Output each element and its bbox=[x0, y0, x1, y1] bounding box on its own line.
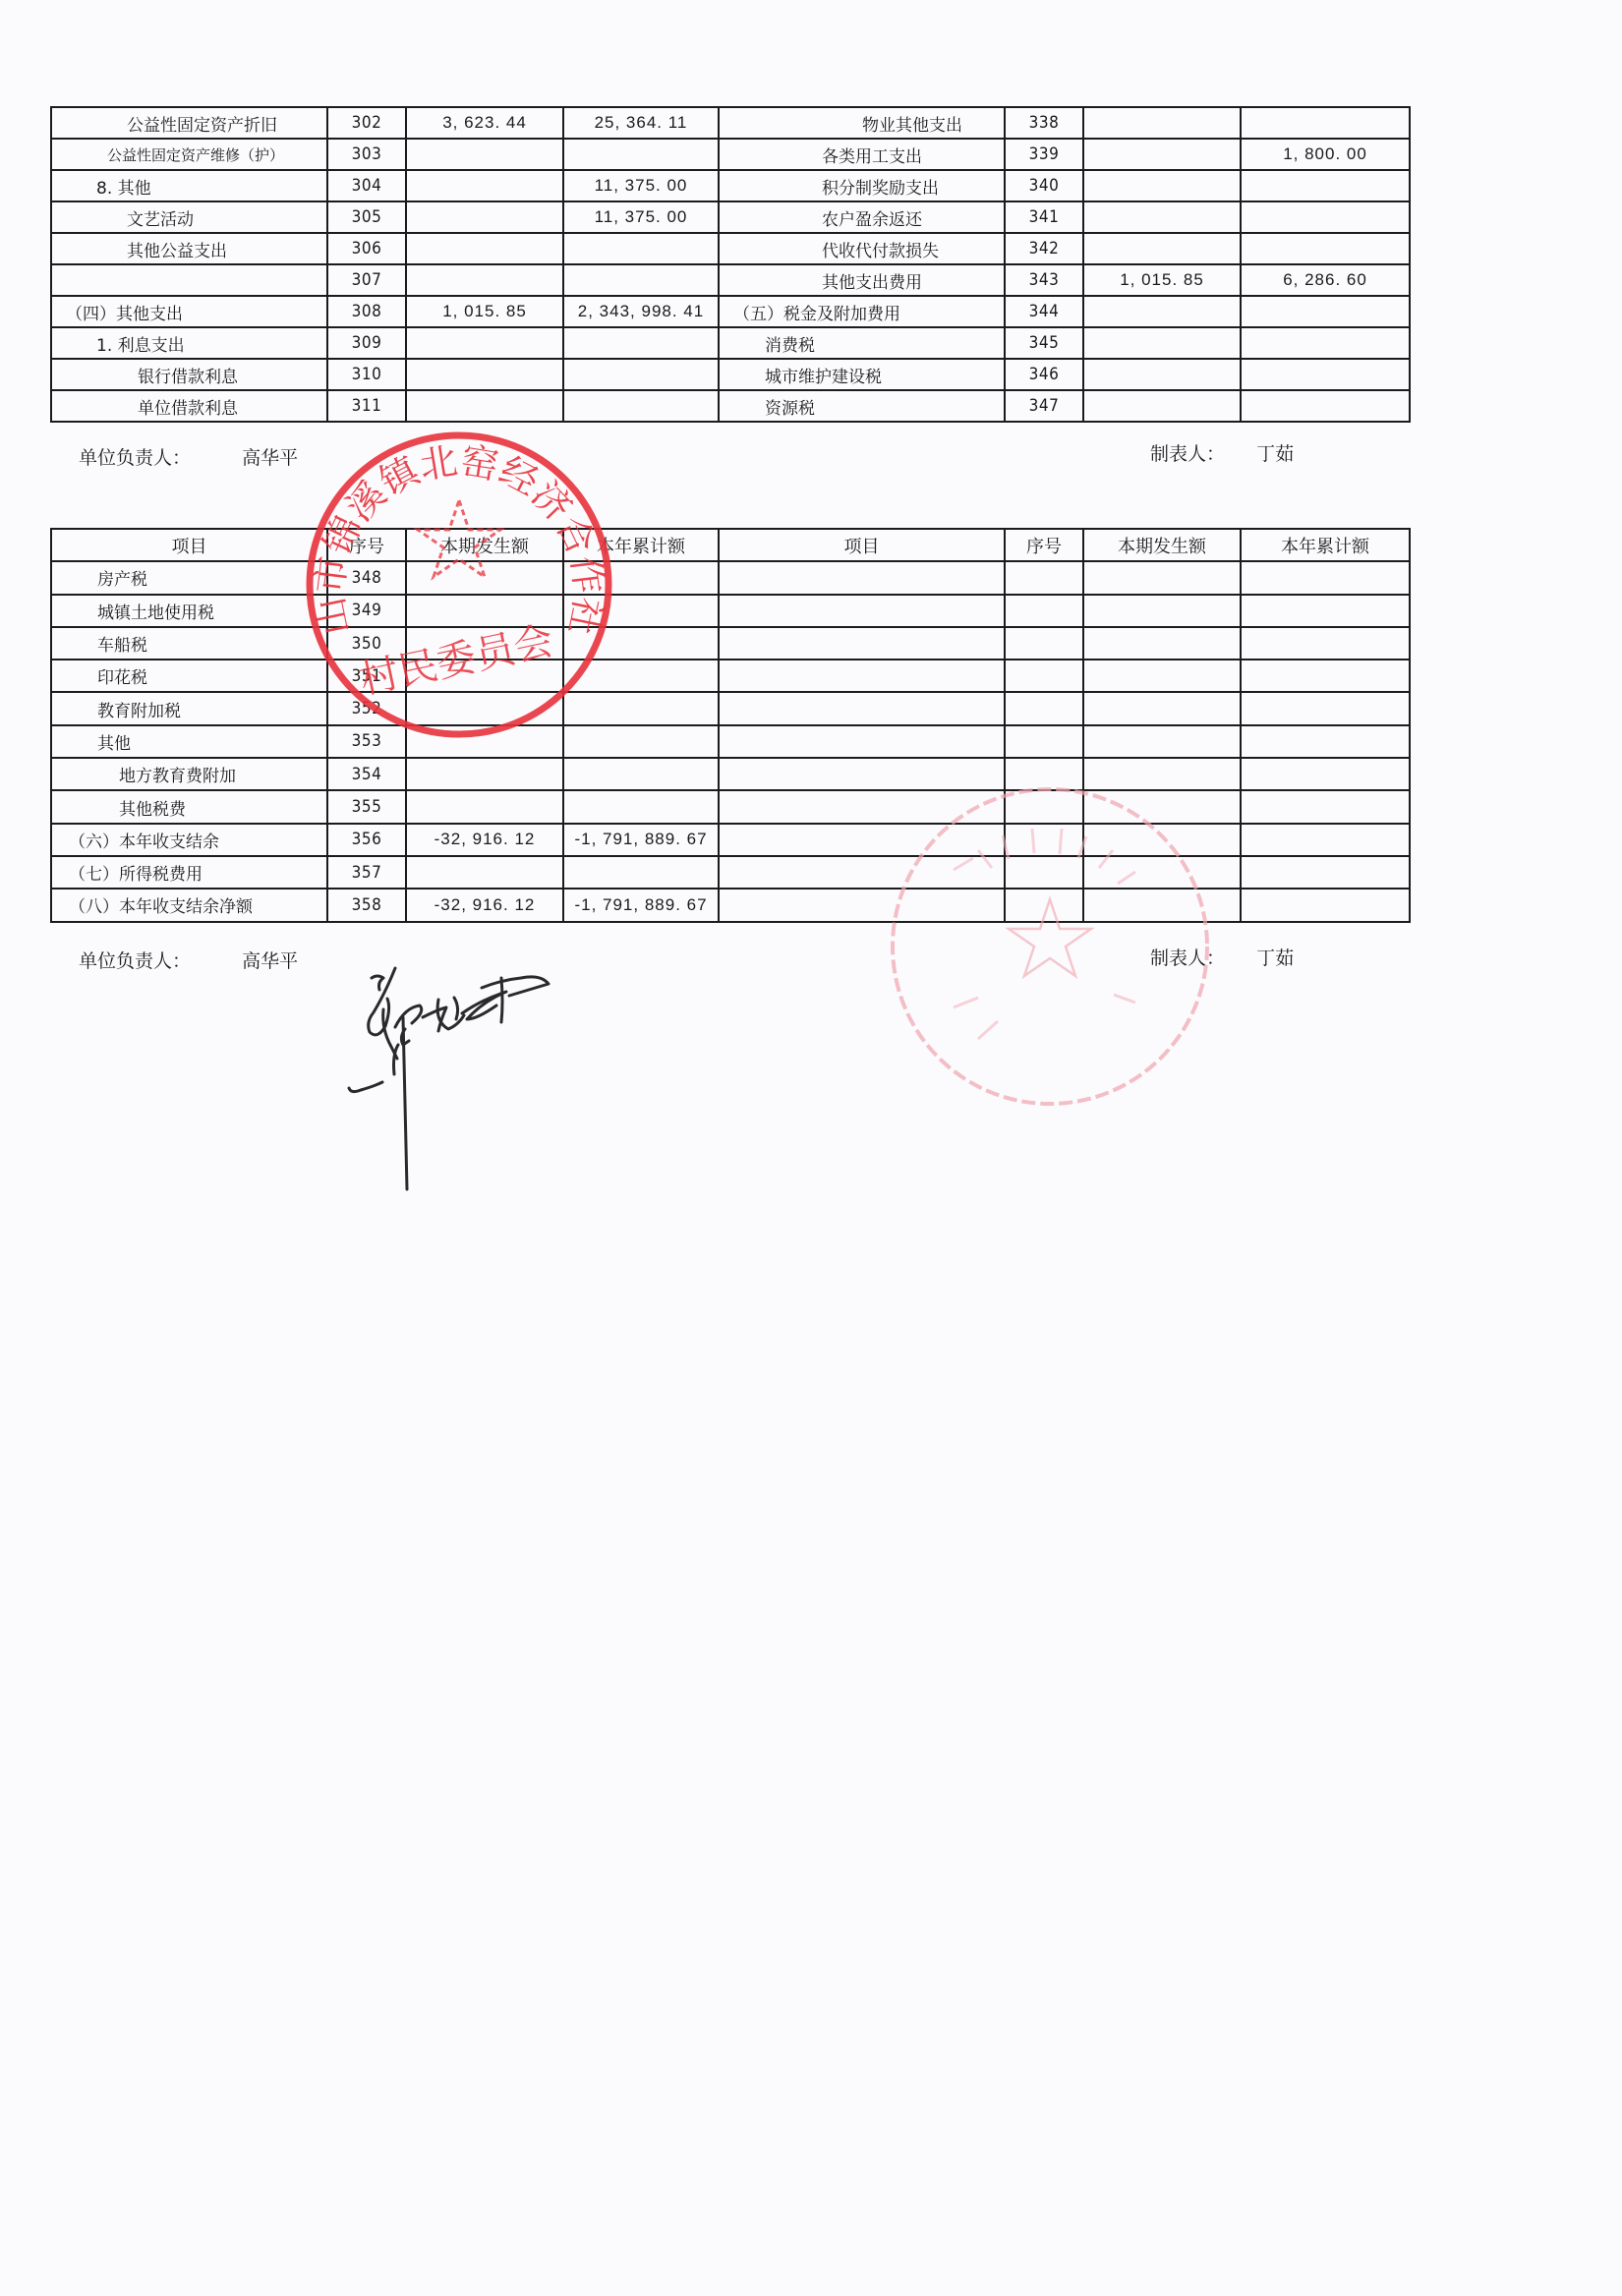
header-ytd-right: 本年累计额 bbox=[1241, 529, 1410, 561]
table-row: 文艺活动30511, 375. 00农户盈余返还341 bbox=[51, 201, 1410, 233]
ytd-amount-right bbox=[1241, 790, 1410, 823]
document-page: 公益性固定资产折旧3023, 623. 4425, 364. 11物业其他支出3… bbox=[0, 0, 1622, 2296]
item-no: 355 bbox=[327, 790, 406, 823]
ytd-amount bbox=[563, 856, 719, 889]
ytd-amount: -1, 791, 889. 67 bbox=[563, 889, 719, 921]
item-label-right: 积分制奖励支出 bbox=[719, 170, 1005, 201]
item-label-right bbox=[719, 856, 1005, 889]
item-no-right bbox=[1005, 889, 1083, 921]
item-no: 311 bbox=[327, 390, 406, 422]
current-amount-right bbox=[1083, 233, 1241, 264]
current-amount-right bbox=[1083, 327, 1241, 359]
item-label-right: 各类用工支出 bbox=[719, 139, 1005, 170]
item-label: 地方教育费附加 bbox=[51, 758, 327, 790]
ytd-amount bbox=[563, 660, 719, 692]
current-amount-right bbox=[1083, 758, 1241, 790]
item-label-right: 物业其他支出 bbox=[719, 107, 1005, 139]
table-row: 房产税348 bbox=[51, 561, 1410, 594]
ytd-amount: 2, 343, 998. 41 bbox=[563, 296, 719, 327]
header-item: 项目 bbox=[51, 529, 327, 561]
ytd-amount bbox=[563, 139, 719, 170]
ytd-amount-right bbox=[1241, 824, 1410, 856]
current-amount bbox=[406, 790, 563, 823]
current-amount-right bbox=[1083, 824, 1241, 856]
ytd-amount: 11, 375. 00 bbox=[563, 201, 719, 233]
current-amount bbox=[406, 856, 563, 889]
item-label: 1. 利息支出 bbox=[51, 327, 327, 359]
item-label-right bbox=[719, 627, 1005, 660]
current-amount-right bbox=[1083, 139, 1241, 170]
current-amount-right bbox=[1083, 627, 1241, 660]
current-amount bbox=[406, 758, 563, 790]
item-no-right bbox=[1005, 758, 1083, 790]
current-amount bbox=[406, 627, 563, 660]
item-label-right bbox=[719, 660, 1005, 692]
item-label-right bbox=[719, 561, 1005, 594]
current-amount-right bbox=[1083, 170, 1241, 201]
preparer-name: 丁茹 bbox=[1256, 947, 1294, 969]
current-amount bbox=[406, 139, 563, 170]
item-no: 307 bbox=[327, 264, 406, 296]
table-row: 8. 其他30411, 375. 00积分制奖励支出340 bbox=[51, 170, 1410, 201]
table-row: 教育附加税352 bbox=[51, 692, 1410, 724]
current-amount-right bbox=[1083, 790, 1241, 823]
ytd-amount bbox=[563, 725, 719, 758]
ytd-amount bbox=[563, 390, 719, 422]
current-amount bbox=[406, 692, 563, 724]
ytd-amount: 11, 375. 00 bbox=[563, 170, 719, 201]
ytd-amount-right: 1, 800. 00 bbox=[1241, 139, 1410, 170]
header-no-right: 序号 bbox=[1005, 529, 1083, 561]
current-amount: 3, 623. 44 bbox=[406, 107, 563, 139]
current-amount bbox=[406, 390, 563, 422]
current-amount-right bbox=[1083, 725, 1241, 758]
item-label: （四）其他支出 bbox=[51, 296, 327, 327]
current-amount bbox=[406, 561, 563, 594]
table-row: 印花税351 bbox=[51, 660, 1410, 692]
table-row: 1. 利息支出309消费税345 bbox=[51, 327, 1410, 359]
ytd-amount-right: 6, 286. 60 bbox=[1241, 264, 1410, 296]
ytd-amount bbox=[563, 233, 719, 264]
header-no: 序号 bbox=[327, 529, 406, 561]
item-no-right bbox=[1005, 790, 1083, 823]
item-label-right bbox=[719, 889, 1005, 921]
ytd-amount-right bbox=[1241, 107, 1410, 139]
ytd-amount bbox=[563, 790, 719, 823]
item-label: 印花税 bbox=[51, 660, 327, 692]
current-amount-right bbox=[1083, 561, 1241, 594]
item-label-right: 农户盈余返还 bbox=[719, 201, 1005, 233]
item-no-right: 338 bbox=[1005, 107, 1083, 139]
table-row: （七）所得税费用357 bbox=[51, 856, 1410, 889]
item-label: 单位借款利息 bbox=[51, 390, 327, 422]
item-no: 354 bbox=[327, 758, 406, 790]
current-amount bbox=[406, 595, 563, 627]
item-label: 8. 其他 bbox=[51, 170, 327, 201]
preparer-label: 制表人： bbox=[1150, 947, 1225, 969]
item-no-right: 344 bbox=[1005, 296, 1083, 327]
current-amount: -32, 916. 12 bbox=[406, 824, 563, 856]
current-amount-right bbox=[1083, 390, 1241, 422]
table-row: 车船税350 bbox=[51, 627, 1410, 660]
table2-header-row: 项目 序号 本期发生额 本年累计额 项目 序号 本期发生额 本年累计额 bbox=[51, 529, 1410, 561]
item-no-right: 339 bbox=[1005, 139, 1083, 170]
ytd-amount-right bbox=[1241, 561, 1410, 594]
item-label: 其他公益支出 bbox=[51, 233, 327, 264]
item-no: 305 bbox=[327, 201, 406, 233]
item-label: 公益性固定资产折旧 bbox=[51, 107, 327, 139]
item-no-right bbox=[1005, 595, 1083, 627]
item-label-right bbox=[719, 758, 1005, 790]
table-row: 公益性固定资产折旧3023, 623. 4425, 364. 11物业其他支出3… bbox=[51, 107, 1410, 139]
item-label: 城镇土地使用税 bbox=[51, 595, 327, 627]
ytd-amount-right bbox=[1241, 725, 1410, 758]
item-no-right bbox=[1005, 856, 1083, 889]
item-no-right: 346 bbox=[1005, 359, 1083, 390]
item-label-right: 代收代付款损失 bbox=[719, 233, 1005, 264]
item-no: 309 bbox=[327, 327, 406, 359]
item-no: 308 bbox=[327, 296, 406, 327]
current-amount-right bbox=[1083, 595, 1241, 627]
tax-and-balance-table: 项目 序号 本期发生额 本年累计额 项目 序号 本期发生额 本年累计额 房产税3… bbox=[50, 528, 1411, 923]
item-no: 306 bbox=[327, 233, 406, 264]
item-no: 349 bbox=[327, 595, 406, 627]
item-no: 302 bbox=[327, 107, 406, 139]
responsible-label: 单位负责人： bbox=[79, 950, 191, 972]
item-no-right bbox=[1005, 692, 1083, 724]
ytd-amount bbox=[563, 561, 719, 594]
item-no-right: 347 bbox=[1005, 390, 1083, 422]
table-row: 307其他支出费用3431, 015. 856, 286. 60 bbox=[51, 264, 1410, 296]
ytd-amount bbox=[563, 595, 719, 627]
item-no: 303 bbox=[327, 139, 406, 170]
handwritten-signature bbox=[344, 958, 570, 1194]
item-no: 357 bbox=[327, 856, 406, 889]
item-no: 348 bbox=[327, 561, 406, 594]
item-no: 350 bbox=[327, 627, 406, 660]
ytd-amount-right bbox=[1241, 233, 1410, 264]
current-amount bbox=[406, 359, 563, 390]
header-item-right: 项目 bbox=[719, 529, 1005, 561]
ytd-amount-right bbox=[1241, 595, 1410, 627]
table-row: 单位借款利息311资源税347 bbox=[51, 390, 1410, 422]
current-amount-right bbox=[1083, 692, 1241, 724]
item-no: 353 bbox=[327, 725, 406, 758]
item-no: 304 bbox=[327, 170, 406, 201]
item-no-right bbox=[1005, 725, 1083, 758]
ytd-amount bbox=[563, 758, 719, 790]
ytd-amount-right bbox=[1241, 758, 1410, 790]
item-label-right: （五）税金及附加费用 bbox=[719, 296, 1005, 327]
current-amount bbox=[406, 660, 563, 692]
item-no: 310 bbox=[327, 359, 406, 390]
item-label: 房产税 bbox=[51, 561, 327, 594]
ytd-amount-right bbox=[1241, 889, 1410, 921]
item-no-right: 340 bbox=[1005, 170, 1083, 201]
expense-table-continued: 公益性固定资产折旧3023, 623. 4425, 364. 11物业其他支出3… bbox=[50, 106, 1411, 423]
ytd-amount: 25, 364. 11 bbox=[563, 107, 719, 139]
ytd-amount-right bbox=[1241, 170, 1410, 201]
item-no: 352 bbox=[327, 692, 406, 724]
item-label-right bbox=[719, 790, 1005, 823]
table-row: 地方教育费附加354 bbox=[51, 758, 1410, 790]
current-amount-right bbox=[1083, 201, 1241, 233]
item-no-right bbox=[1005, 627, 1083, 660]
item-no: 356 bbox=[327, 824, 406, 856]
item-no-right: 341 bbox=[1005, 201, 1083, 233]
item-label: 文艺活动 bbox=[51, 201, 327, 233]
responsible-name: 高华平 bbox=[242, 950, 298, 972]
item-label: 公益性固定资产维修（护） bbox=[51, 139, 327, 170]
ytd-amount bbox=[563, 264, 719, 296]
current-amount-right bbox=[1083, 856, 1241, 889]
table-row: 其他公益支出306代收代付款损失342 bbox=[51, 233, 1410, 264]
ytd-amount bbox=[563, 327, 719, 359]
item-label-right: 城市维护建设税 bbox=[719, 359, 1005, 390]
header-ytd: 本年累计额 bbox=[563, 529, 719, 561]
header-current: 本期发生额 bbox=[406, 529, 563, 561]
table2-preparer: 制表人： 丁茹 bbox=[1150, 944, 1294, 970]
item-label: 教育附加税 bbox=[51, 692, 327, 724]
table-row: （六）本年收支结余356-32, 916. 12-1, 791, 889. 67 bbox=[51, 824, 1410, 856]
table2-responsible-person: 单位负责人： 高华平 bbox=[79, 947, 298, 973]
item-label: 其他 bbox=[51, 725, 327, 758]
ytd-amount bbox=[563, 359, 719, 390]
item-no: 358 bbox=[327, 889, 406, 921]
item-label-right bbox=[719, 595, 1005, 627]
ytd-amount bbox=[563, 692, 719, 724]
current-amount bbox=[406, 264, 563, 296]
current-amount-right bbox=[1083, 889, 1241, 921]
responsible-label: 单位负责人： bbox=[79, 447, 191, 469]
item-label-right: 消费税 bbox=[719, 327, 1005, 359]
item-label: （七）所得税费用 bbox=[51, 856, 327, 889]
table-row: 公益性固定资产维修（护）303各类用工支出3391, 800. 00 bbox=[51, 139, 1410, 170]
header-current-right: 本期发生额 bbox=[1083, 529, 1241, 561]
ytd-amount-right bbox=[1241, 660, 1410, 692]
ytd-amount-right bbox=[1241, 390, 1410, 422]
table-row: 银行借款利息310城市维护建设税346 bbox=[51, 359, 1410, 390]
current-amount-right bbox=[1083, 359, 1241, 390]
ytd-amount bbox=[563, 627, 719, 660]
ytd-amount-right bbox=[1241, 201, 1410, 233]
item-label-right bbox=[719, 725, 1005, 758]
preparer-label: 制表人： bbox=[1150, 443, 1225, 465]
ytd-amount-right bbox=[1241, 856, 1410, 889]
table-row: 其他税费355 bbox=[51, 790, 1410, 823]
item-label-right: 其他支出费用 bbox=[719, 264, 1005, 296]
item-label-right bbox=[719, 824, 1005, 856]
current-amount bbox=[406, 725, 563, 758]
current-amount bbox=[406, 201, 563, 233]
ytd-amount-right bbox=[1241, 359, 1410, 390]
item-no-right: 342 bbox=[1005, 233, 1083, 264]
item-no: 351 bbox=[327, 660, 406, 692]
table-row: （四）其他支出3081, 015. 852, 343, 998. 41（五）税金… bbox=[51, 296, 1410, 327]
table1-preparer: 制表人： 丁茹 bbox=[1150, 439, 1294, 466]
item-no-right bbox=[1005, 561, 1083, 594]
current-amount-right bbox=[1083, 296, 1241, 327]
ytd-amount-right bbox=[1241, 692, 1410, 724]
current-amount bbox=[406, 327, 563, 359]
item-no-right: 345 bbox=[1005, 327, 1083, 359]
item-label: 车船税 bbox=[51, 627, 327, 660]
ytd-amount-right bbox=[1241, 627, 1410, 660]
item-label-right: 资源税 bbox=[719, 390, 1005, 422]
item-label: （六）本年收支结余 bbox=[51, 824, 327, 856]
ytd-amount-right bbox=[1241, 296, 1410, 327]
preparer-name: 丁茹 bbox=[1256, 443, 1294, 465]
item-label bbox=[51, 264, 327, 296]
ytd-amount-right bbox=[1241, 327, 1410, 359]
table-row: 城镇土地使用税349 bbox=[51, 595, 1410, 627]
item-label: 银行借款利息 bbox=[51, 359, 327, 390]
current-amount: -32, 916. 12 bbox=[406, 889, 563, 921]
item-label: 其他税费 bbox=[51, 790, 327, 823]
item-no-right bbox=[1005, 660, 1083, 692]
current-amount-right: 1, 015. 85 bbox=[1083, 264, 1241, 296]
item-label: （八）本年收支结余净额 bbox=[51, 889, 327, 921]
table1-responsible-person: 单位负责人： 高华平 bbox=[79, 443, 298, 470]
responsible-name: 高华平 bbox=[242, 447, 298, 469]
current-amount bbox=[406, 170, 563, 201]
current-amount-right bbox=[1083, 107, 1241, 139]
table-row: （八）本年收支结余净额358-32, 916. 12-1, 791, 889. … bbox=[51, 889, 1410, 921]
ytd-amount: -1, 791, 889. 67 bbox=[563, 824, 719, 856]
table-row: 其他353 bbox=[51, 725, 1410, 758]
current-amount bbox=[406, 233, 563, 264]
current-amount-right bbox=[1083, 660, 1241, 692]
item-no-right: 343 bbox=[1005, 264, 1083, 296]
item-no-right bbox=[1005, 824, 1083, 856]
item-label-right bbox=[719, 692, 1005, 724]
current-amount: 1, 015. 85 bbox=[406, 296, 563, 327]
